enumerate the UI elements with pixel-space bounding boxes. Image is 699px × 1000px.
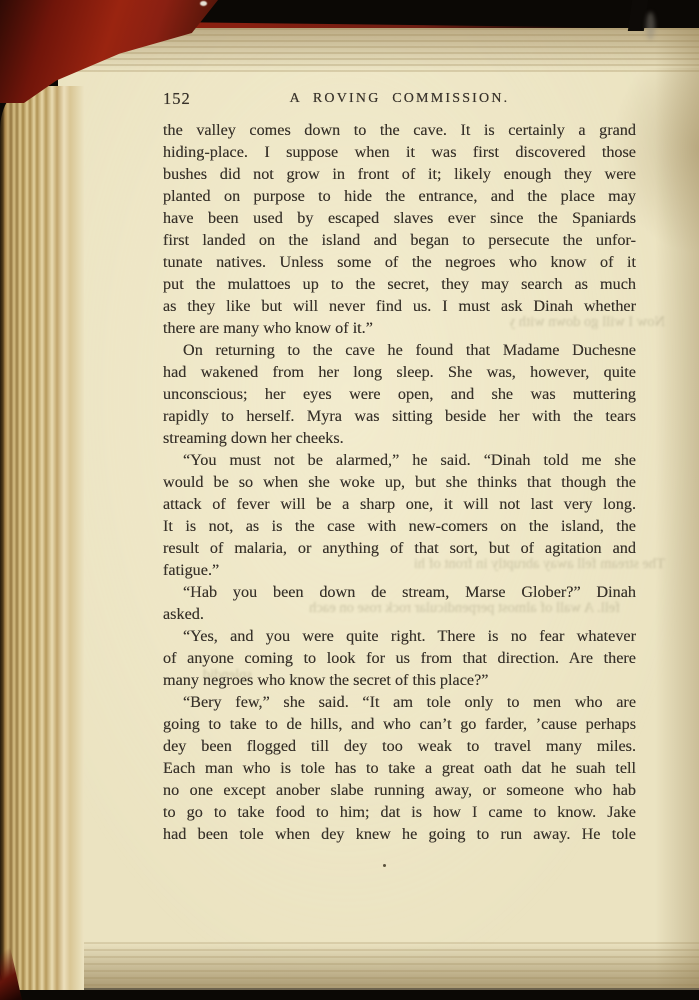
- text-line: many negroes who know the secret of this…: [163, 669, 636, 691]
- text-line: tunate natives. Unless some of the negro…: [163, 251, 636, 273]
- text-line: result of malaria, or anything of that s…: [163, 537, 636, 559]
- dust-speck: [200, 1, 207, 6]
- text-line: planted on purpose to hide the entrance,…: [163, 185, 636, 207]
- text-line: “Hab you been down de stream, Marse Glob…: [163, 581, 636, 603]
- text-line: rapidly to herself. Myra was sitting bes…: [163, 405, 636, 427]
- book-page: 152 A ROVING COMMISSION. Now I will go d…: [58, 28, 699, 990]
- text-line: bushes did not grow in front of it; like…: [163, 163, 636, 185]
- text-line: dey been flogged till dey too weak to tr…: [163, 735, 636, 757]
- book-photo: 152 A ROVING COMMISSION. Now I will go d…: [0, 0, 699, 1000]
- text-line: the valley comes down to the cave. It is…: [163, 119, 636, 141]
- text-line: would be so when she woke up, but she th…: [163, 471, 636, 493]
- text-line: hiding-place. I suppose when it was firs…: [163, 141, 636, 163]
- text-line: Each man who is tole has to take a great…: [163, 757, 636, 779]
- text-line: On returning to the cave he found that M…: [163, 339, 636, 361]
- text-line: had wakened from her long sleep. She was…: [163, 361, 636, 383]
- page-bottom-edge-texture: [58, 942, 699, 988]
- text-line: first landed on the island and began to …: [163, 229, 636, 251]
- text-line: “You must not be alarmed,” he said. “Din…: [163, 449, 636, 471]
- text-line: unconscious; her eyes were open, and she…: [163, 383, 636, 405]
- text-block: the valley comes down to the cave. It is…: [163, 119, 636, 845]
- text-line: fatigue.”: [163, 559, 636, 581]
- text-line: there are many who know of it.”: [163, 317, 636, 339]
- text-line: It is not, as is the case with new-comer…: [163, 515, 636, 537]
- text-line: of anyone coming to look for us from tha…: [163, 647, 636, 669]
- text-line: as they like but will never find us. I m…: [163, 295, 636, 317]
- text-line: streaming down her cheeks.: [163, 427, 636, 449]
- text-line: “Yes, and you were quite right. There is…: [163, 625, 636, 647]
- text-line: have been used by escaped slaves ever si…: [163, 207, 636, 229]
- text-line: no one except anober slabe running away,…: [163, 779, 636, 801]
- text-line: attack of fever will be a sharp one, it …: [163, 493, 636, 515]
- ink-speck: [383, 864, 386, 867]
- text-line: “Bery few,” she said. “It am tole only t…: [163, 691, 636, 713]
- page-edges-stack: [0, 86, 84, 990]
- gray-smudge: [646, 12, 655, 40]
- text-line: asked.: [163, 603, 636, 625]
- text-line: had been tole when dey knew he going to …: [163, 823, 636, 845]
- page-header: 152 A ROVING COMMISSION.: [163, 89, 636, 109]
- text-line: going to take to de hills, and who can’t…: [163, 713, 636, 735]
- text-line: to go to take food to him; dat is how I …: [163, 801, 636, 823]
- running-header: A ROVING COMMISSION.: [163, 91, 636, 107]
- text-line: put the mulattoes up to the secret, they…: [163, 273, 636, 295]
